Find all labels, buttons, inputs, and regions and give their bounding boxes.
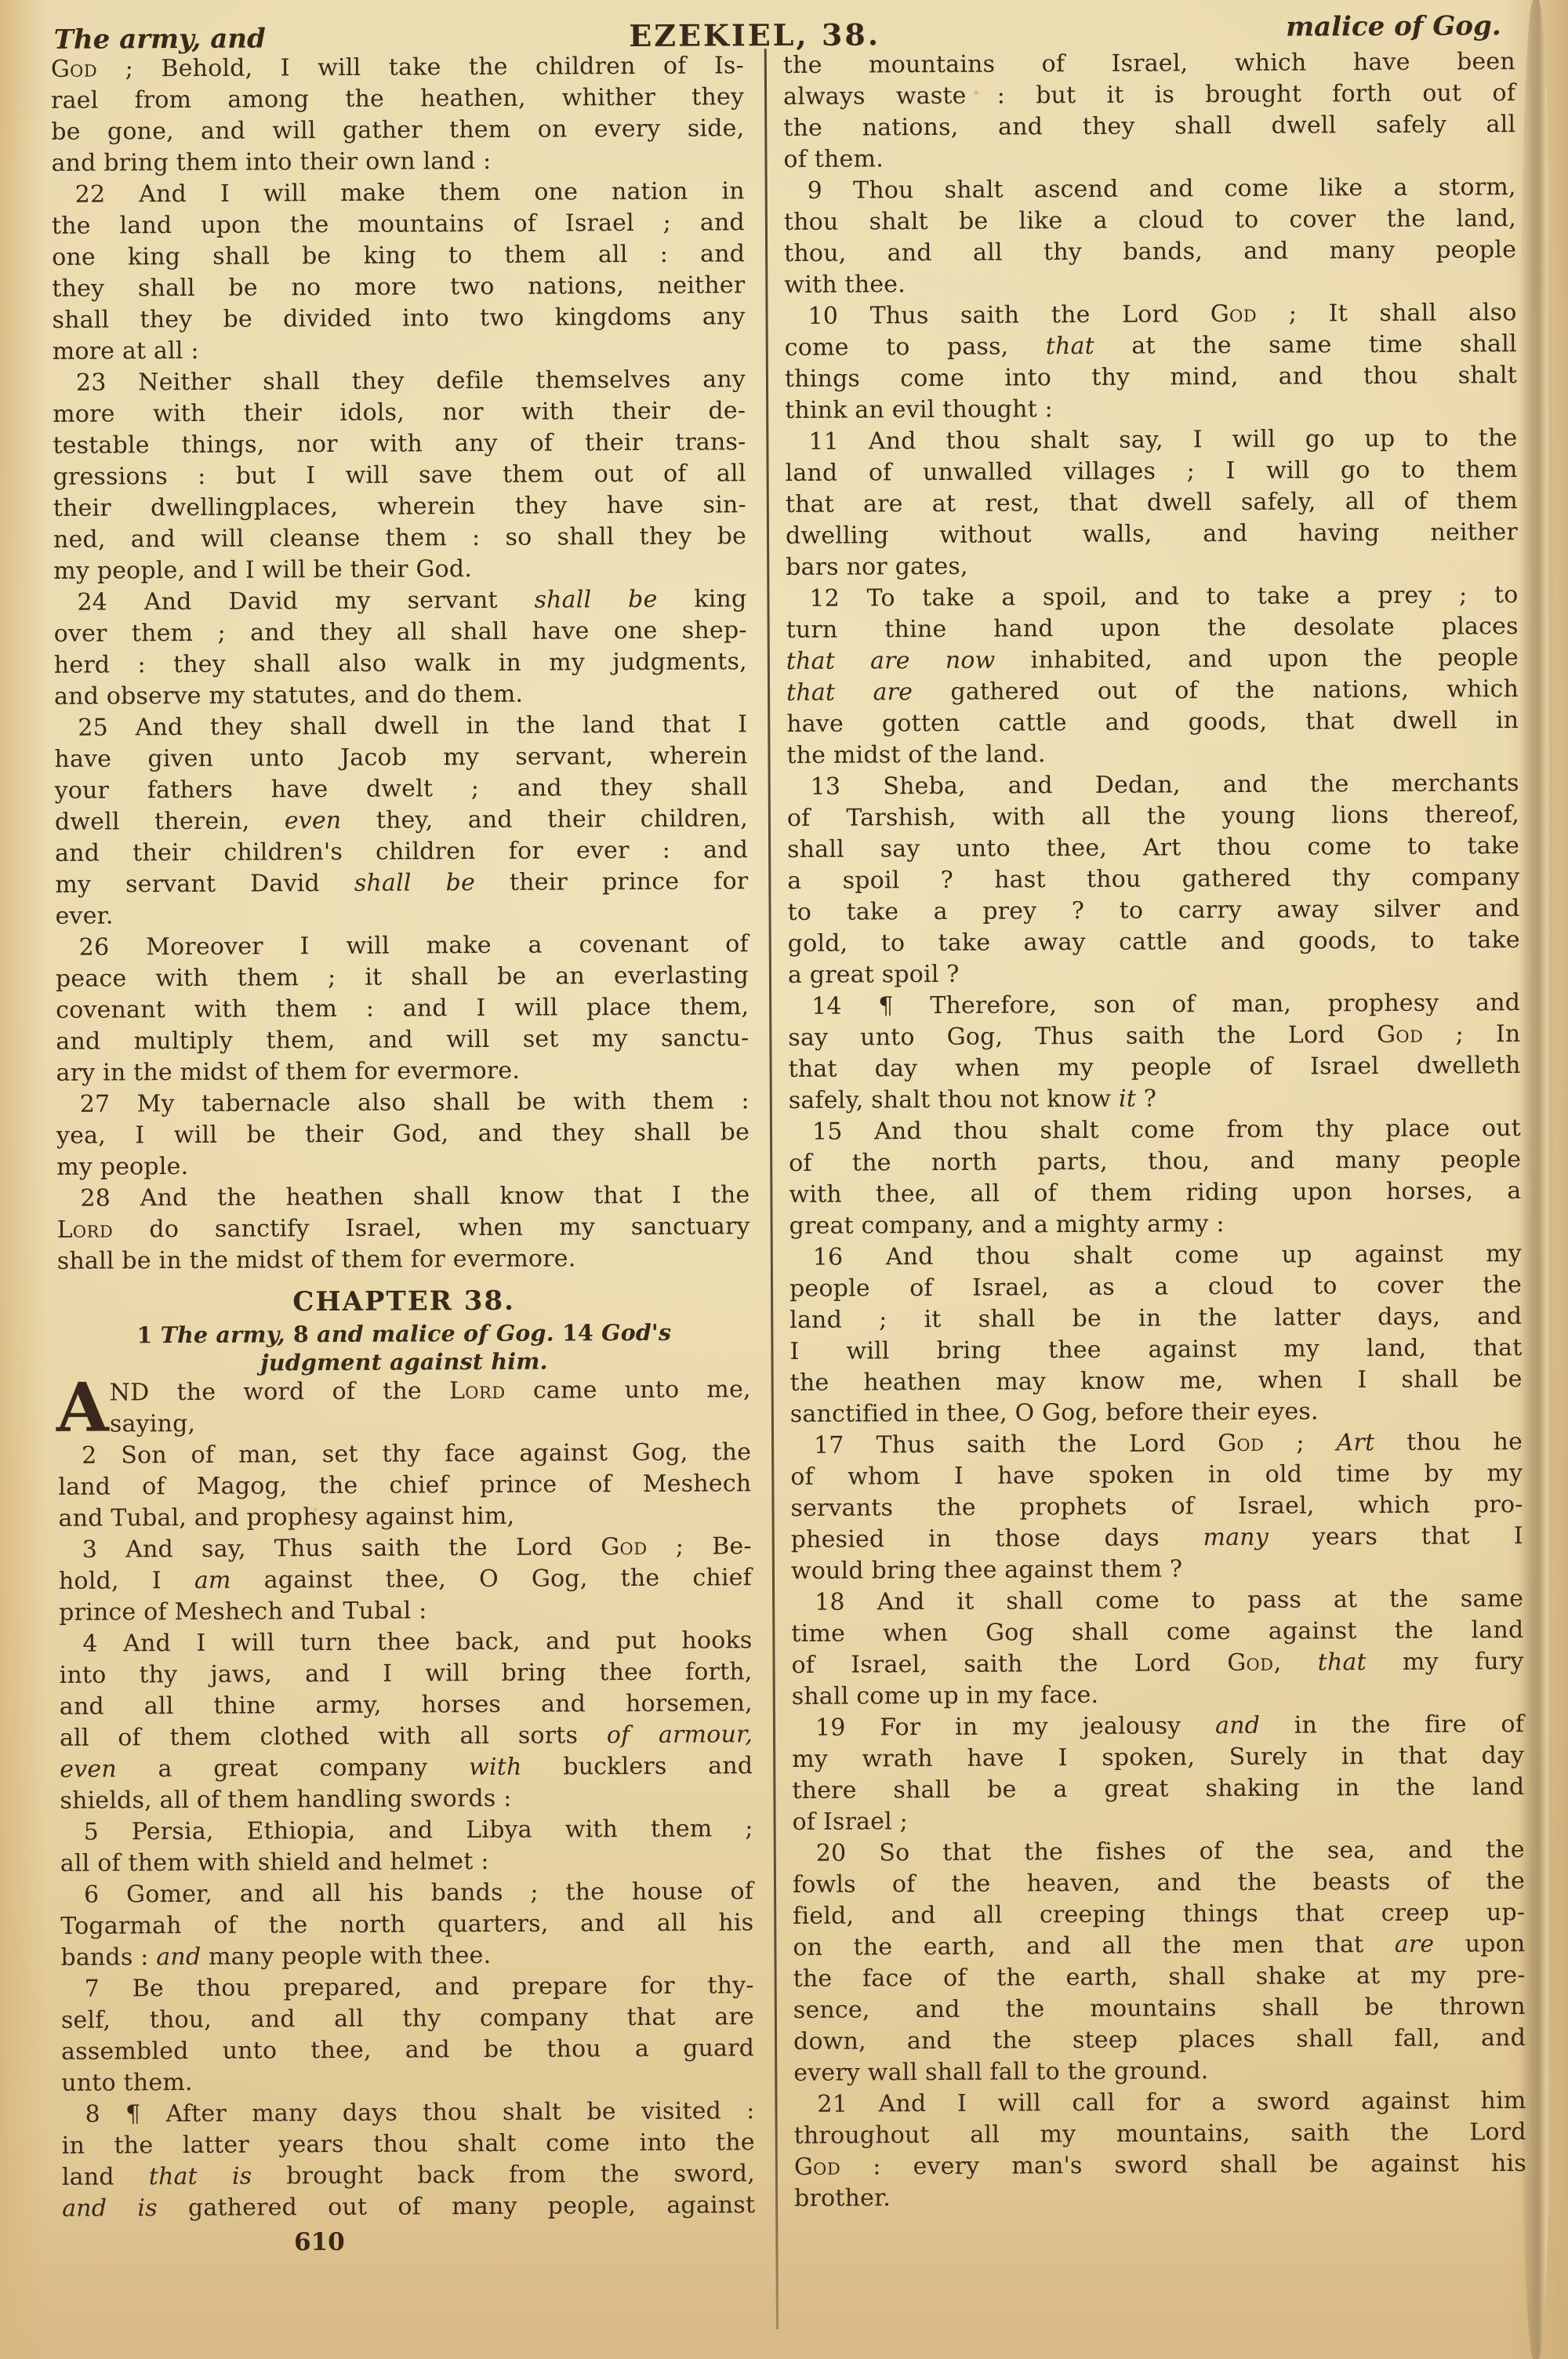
text-line: 20 So that the fishes of the sea, and th… xyxy=(793,1834,1525,1870)
text-line: covenant with them : and I will place th… xyxy=(56,991,749,1027)
text-line: unto them. xyxy=(61,2064,754,2099)
text-line: would bring thee against them ? xyxy=(791,1552,1523,1587)
text-line: that day when my people of Israel dwelle… xyxy=(788,1050,1520,1085)
text-line: 24 And David my servant shall be king xyxy=(53,583,746,619)
text-line: 15 And thou shalt come from thy place ou… xyxy=(789,1113,1521,1148)
text-line: and Tubal, and prophesy against him, xyxy=(58,1499,751,1535)
text-line: 12 To take a spoil, and to take a prey ;… xyxy=(786,580,1518,615)
text-line: shall they be divided into two kingdoms … xyxy=(52,301,745,336)
text-line: all of them clothed with all sorts of ar… xyxy=(60,1719,753,1754)
text-line: 16 And thou shalt come up against my xyxy=(789,1238,1522,1274)
text-line: with thee. xyxy=(784,266,1516,301)
text-line: shall be in the midst of them for evermo… xyxy=(57,1242,750,1278)
text-line: your fathers have dwelt ; and they shall xyxy=(55,772,748,807)
text-line: 17 Thus saith the Lord God ; Art thou he xyxy=(790,1427,1523,1462)
text-line: shall come up in my face. xyxy=(792,1677,1524,1713)
text-line: things come into thy mind, and thou shal… xyxy=(785,360,1517,395)
text-line: shields, all of them handling swords : xyxy=(60,1782,753,1817)
text-line: fowls of the heaven, and the beasts of t… xyxy=(793,1866,1525,1901)
chapter-summary-line: judgment against him. xyxy=(57,1346,750,1378)
text-line: of Israel ; xyxy=(793,1803,1525,1838)
text-line: peace with them ; it shall be an everlas… xyxy=(56,960,749,995)
text-line: thou shalt be like a cloud to cover the … xyxy=(784,203,1516,238)
text-line: to take a prey ? to carry away silver an… xyxy=(787,893,1519,929)
text-line: one king shall be king to them all : and xyxy=(52,238,745,274)
text-line: my people. xyxy=(56,1148,750,1183)
text-line: even a great company with bucklers and xyxy=(60,1750,753,1786)
text-line: land ; it shall be in the latter days, a… xyxy=(789,1301,1522,1336)
text-line: 4 And I will turn thee back, and put hoo… xyxy=(59,1625,752,1660)
text-line: throughout all my mountains, saith the L… xyxy=(794,2117,1526,2152)
text-line: that are at rest, that dwell safely, all… xyxy=(786,485,1518,521)
text-line: 7 Be thou prepared, and prepare for thy- xyxy=(61,1970,754,2005)
text-line: field, and all creeping things that cree… xyxy=(793,1897,1525,1932)
text-line: God ; Behold, I will take the children o… xyxy=(51,50,744,85)
book-page: The army, and EZEKIEL, 38. malice of Gog… xyxy=(0,0,1568,2359)
text-line: 22 And I will make them one nation in xyxy=(52,176,745,211)
text-line: of the north parts, thou, and many peopl… xyxy=(789,1144,1521,1179)
text-line: 10 Thus saith the Lord God ; It shall al… xyxy=(784,297,1516,333)
text-line: come to pass, that at the same time shal… xyxy=(785,329,1517,364)
text-line: their dwellingplaces, wherein they have … xyxy=(53,489,746,525)
text-line: into thy jaws, and I will bring thee for… xyxy=(60,1656,753,1692)
text-line: be gone, and will gather them on every s… xyxy=(51,113,744,148)
text-line: AND the word of the Lord came unto me, xyxy=(58,1374,751,1409)
text-line: the face of the earth, shall shake at my… xyxy=(793,1960,1526,1995)
text-line: a spoil ? hast thou gathered thy company xyxy=(787,862,1519,897)
text-line: 18 And it shall come to pass at the same xyxy=(791,1583,1523,1619)
text-line: bars nor gates, xyxy=(786,548,1518,583)
text-line: testable things, nor with any of their t… xyxy=(53,427,746,462)
text-line: in the latter years thou shalt come into… xyxy=(62,2127,755,2162)
running-head-left: The army, and xyxy=(54,23,266,55)
column-divider xyxy=(764,49,779,2329)
text-line: there shall be a great shaking in the la… xyxy=(792,1772,1524,1807)
text-line: 9 Thou shalt ascend and come like a stor… xyxy=(784,172,1516,207)
text-line: Togarmah of the north quarters, and all … xyxy=(60,1907,753,1943)
text-line: 2 Son of man, set thy face against Gog, … xyxy=(58,1437,751,1472)
text-line: of Israel, saith the Lord God, that my f… xyxy=(791,1646,1523,1681)
text-line: of Tarshish, with all the young lions th… xyxy=(787,799,1519,834)
text-line: people of Israel, as a cloud to cover th… xyxy=(789,1270,1522,1305)
text-line: and their children's children for ever :… xyxy=(55,834,748,870)
text-line: great company, and a mighty army : xyxy=(789,1207,1522,1242)
text-line: have gotten cattle and goods, that dwell… xyxy=(786,705,1519,740)
text-line: 3 And say, Thus saith the Lord God ; Be- xyxy=(59,1531,752,1566)
text-line: 21 And I will call for a sword against h… xyxy=(793,2085,1526,2121)
page-number: 610 xyxy=(241,2228,397,2257)
text-line: my people, and I will be their God. xyxy=(53,552,746,587)
running-head-right: malice of Gog. xyxy=(1286,10,1501,42)
text-line: ever. xyxy=(55,897,748,932)
text-line: self, thou, and all thy company that are xyxy=(61,2001,754,2037)
text-line: herd : they shall also walk in my judgme… xyxy=(54,646,747,682)
text-line: yea, I will be their God, and they shall… xyxy=(56,1117,750,1152)
text-line: down, and the steep places shall fall, a… xyxy=(793,2023,1526,2058)
text-line: my wrath have I spoken, Surely in that d… xyxy=(792,1740,1524,1776)
text-line: sence, and the mountains shall be thrown xyxy=(793,1991,1526,2026)
text-line: safely, shalt thou not know it ? xyxy=(789,1081,1521,1117)
text-line: that are now inhabited, and upon the peo… xyxy=(786,642,1519,678)
text-line: sanctified in thee, O Gog, before their … xyxy=(790,1395,1523,1430)
text-line: servants the prophets of Israel, which p… xyxy=(790,1489,1523,1525)
text-line: 6 Gomer, and all his bands ; the house o… xyxy=(60,1876,753,1911)
chapter-heading: CHAPTER 38. xyxy=(57,1281,750,1321)
page-content: The army, and EZEKIEL, 38. malice of Gog… xyxy=(0,0,1568,2359)
text-line: gressions : but I will save them out of … xyxy=(53,458,746,493)
text-line: of whom I have spoken in old time by my xyxy=(790,1458,1523,1493)
text-line: 13 Sheba, and Dedan, and the merchants xyxy=(787,768,1519,803)
text-line: 27 My tabernacle also shall be with them… xyxy=(56,1085,750,1121)
text-line: ary in the midst of them for evermore. xyxy=(56,1054,749,1089)
left-column: God ; Behold, I will take the children o… xyxy=(51,50,755,2225)
text-line: and bring them into their own land : xyxy=(51,144,744,180)
text-line: dwell therein, even they, and their chil… xyxy=(55,803,748,838)
text-line: of them. xyxy=(783,140,1515,176)
text-line: have given unto Jacob my servant, wherei… xyxy=(54,740,747,776)
text-line: the heathen may know me, when I shall be xyxy=(790,1364,1523,1399)
text-line: and all thine army, horses and horsemen, xyxy=(60,1688,753,1723)
text-line: say unto Gog, Thus saith the Lord God ; … xyxy=(788,1019,1520,1054)
text-line: think an evil thought : xyxy=(785,391,1517,427)
text-line: ned, and will cleanse them : so shall th… xyxy=(53,521,746,556)
text-line: and is gathered out of many people, agai… xyxy=(62,2190,755,2225)
text-line: Lord do sanctify Israel, when my sanctua… xyxy=(57,1211,750,1246)
text-line: on the earth, and all the men that are u… xyxy=(793,1928,1525,1964)
text-line: saying, xyxy=(58,1405,751,1441)
text-line: always waste : but it is brought forth o… xyxy=(783,78,1515,113)
text-line: over them ; and they all shall have one … xyxy=(54,615,747,650)
text-line: and observe my statutes, and do them. xyxy=(54,678,747,713)
text-line: turn thine hand upon the desolate places xyxy=(786,611,1519,646)
text-line: 8 ¶ After many days thou shalt be visite… xyxy=(61,2095,754,2131)
text-line: land of unwalled villages ; I will go to… xyxy=(785,454,1517,489)
chapter-summary-line: 1 The army, 8 and malice of Gog. 14 God'… xyxy=(57,1318,750,1350)
text-line: time when Gog shall come against the lan… xyxy=(791,1615,1523,1650)
text-line: hold, I am against thee, O Gog, the chie… xyxy=(59,1562,752,1598)
text-line: brother. xyxy=(794,2179,1526,2215)
text-line: shall say unto thee, Art thou come to ta… xyxy=(787,831,1519,866)
text-line: all of them with shield and helmet : xyxy=(60,1845,753,1880)
text-line: gold, to take away cattle and goods, to … xyxy=(788,925,1520,960)
text-line: rael from among the heathen, whither the… xyxy=(51,82,744,117)
text-line: assembled unto thee, and be thou a guard xyxy=(61,2033,754,2068)
text-line: 14 ¶ Therefore, son of man, prophesy and xyxy=(788,987,1520,1023)
text-line: 19 For in my jealousy and in the fire of xyxy=(792,1709,1524,1744)
text-line: with thee, all of them riding upon horse… xyxy=(789,1176,1521,1211)
text-line: that are gathered out of the nations, wh… xyxy=(786,674,1519,709)
text-line: 23 Neither shall they defile themselves … xyxy=(53,364,746,399)
text-line: my servant David shall be their prince f… xyxy=(55,866,748,901)
right-column: the mountains of Israel, which have been… xyxy=(783,46,1526,2215)
text-line: more with their idols, nor with their de… xyxy=(53,395,746,431)
text-line: 26 Moreover I will make a covenant of xyxy=(56,929,749,964)
text-line: more at all : xyxy=(53,333,746,368)
text-line: a great spoil ? xyxy=(788,956,1520,991)
text-line: every wall shall fall to the ground. xyxy=(793,2054,1526,2089)
text-line: the mountains of Israel, which have been xyxy=(783,46,1515,82)
text-line: bands : and many people with thee. xyxy=(60,1939,753,1974)
text-line: land of Magog, the chief prince of Meshe… xyxy=(58,1468,751,1503)
text-line: 5 Persia, Ethiopia, and Libya with them … xyxy=(60,1813,753,1848)
text-line: thou, and all thy bands, and many people xyxy=(784,234,1516,270)
text-line: and multiply them, and will set my sanct… xyxy=(56,1023,749,1058)
text-line: the nations, and they shall dwell safely… xyxy=(783,109,1515,144)
running-head-title: EZEKIEL, 38. xyxy=(551,16,959,54)
text-line: land that is brought back from the sword… xyxy=(62,2158,755,2194)
text-line: prince of Meshech and Tubal : xyxy=(59,1594,752,1629)
text-line: God : every man's sword shall be against… xyxy=(794,2148,1526,2183)
text-line: phesied in those days many years that I xyxy=(791,1521,1523,1556)
text-line: the midst of the land. xyxy=(786,736,1519,772)
text-line: 28 And the heathen shall know that I the xyxy=(56,1179,750,1215)
text-line: 11 And thou shalt say, I will go up to t… xyxy=(785,423,1517,458)
text-line: I will bring thee against my land, that xyxy=(789,1332,1522,1368)
text-line: dwelling without walls, and having neith… xyxy=(786,517,1518,552)
text-line: the land upon the mountains of Israel ; … xyxy=(52,207,745,242)
text-line: they shall be no more two nations, neith… xyxy=(52,270,745,305)
text-line: 25 And they shall dwell in the land that… xyxy=(54,709,747,744)
